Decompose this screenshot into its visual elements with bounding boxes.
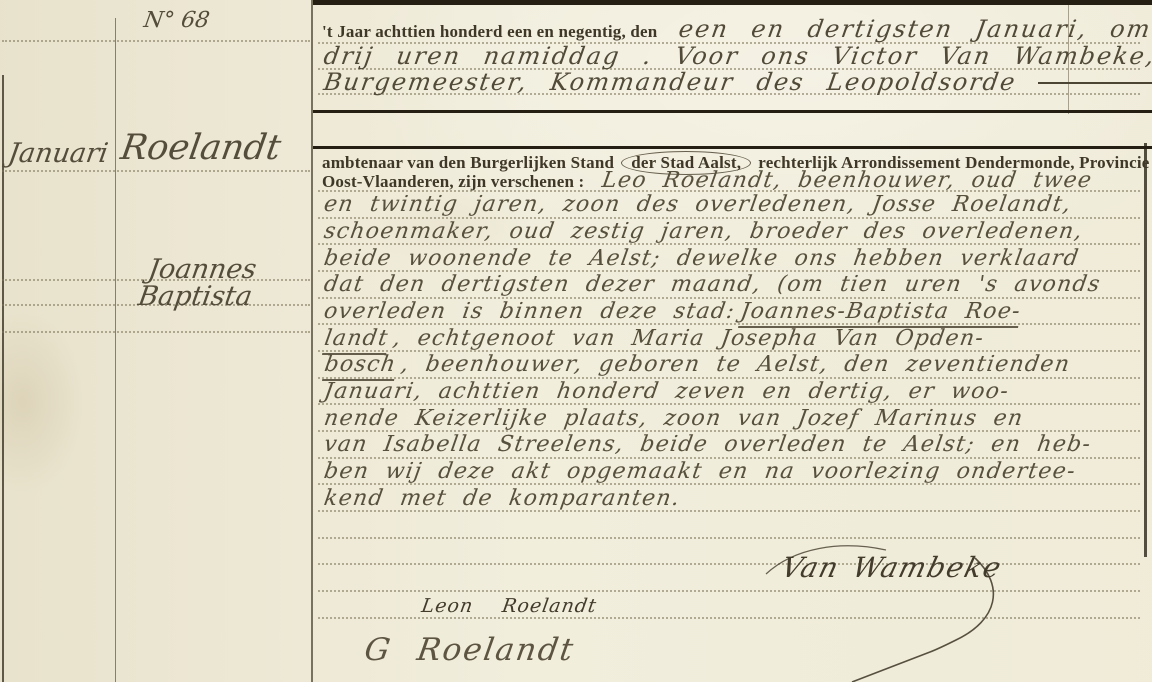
body-line-6: overleden is binnen deze stad: Joannes-B…: [322, 299, 1148, 325]
opening-line-2: drij uren namiddag . Voor ons Victor Van…: [322, 43, 1148, 69]
act-number-text: N° 68: [142, 8, 211, 33]
body-l6a-text: overleden is binnen deze stad:: [322, 299, 737, 325]
body-line-9: Januari, achttien honderd zeven en derti…: [322, 379, 1148, 405]
margin-surname: Roelandt: [118, 128, 277, 168]
body-l8b-text: , beenhouwer, geboren te Aelst, den zeve…: [399, 352, 1072, 378]
body-line-11: van Isabella Streelens, beide overleden …: [322, 432, 1148, 458]
margin-column-rule: [115, 18, 116, 682]
dotted-rule: [318, 563, 1140, 565]
body-l7b-text: , echtgenoot van Maria Josepha Van Opden…: [391, 326, 986, 352]
signature-witness-2: G Roelandt: [362, 632, 572, 668]
signature-official: Van Wambeke: [778, 551, 997, 584]
body-l1-text: Leo Roelandt, beenhouwer, oud twee: [600, 168, 1094, 194]
body-line-12: ben wij deze akt opgemaakt en na voorlez…: [322, 459, 1148, 485]
act-top-rule: [313, 0, 1152, 5]
body-line-2: en twintig jaren, zoon des overledenen, …: [322, 192, 1148, 218]
body-l10-text: nende Keizerlijke plaats, zoon van Jozef…: [322, 406, 1025, 432]
signature-official-text: Van Wambeke: [778, 551, 1006, 584]
dotted-rule: [318, 617, 1140, 619]
act-separator-rule-upper: [313, 110, 1152, 113]
hand-officer-title-text: Burgemeester, Kommandeur des Leopoldsord…: [322, 69, 1019, 95]
dotted-rule-margin: [2, 40, 310, 42]
opening-line-3: Burgemeester, Kommandeur des Leopoldsord…: [322, 69, 1148, 95]
body-line-4: beide woonende te Aelst; dewelke ons heb…: [322, 246, 1148, 272]
dotted-rule-margin: [2, 170, 310, 172]
act-separator-rule-lower: [313, 146, 1152, 149]
act-number: N° 68: [142, 8, 207, 33]
body-l6-deceased-name-text: Joannes-Baptista Roe-: [738, 299, 1023, 328]
printed-clause-2-text: Oost-Vlaanderen, zijn verschenen :: [322, 172, 584, 191]
margin-month: Januari: [6, 138, 105, 169]
hand-date-text: een en dertigsten Januari, om: [677, 16, 1152, 42]
margin-surname-text: Roelandt: [118, 128, 284, 168]
page-left-edge-rule: [2, 75, 4, 682]
printed-year-text: 't Jaar achttien honderd een en negentig…: [322, 22, 657, 41]
body-l7-name-cont-text: landt: [322, 326, 390, 355]
dotted-rule-margin: [2, 331, 310, 333]
margin-given-name-2-text: Baptista: [136, 281, 254, 312]
dotted-rule: [318, 590, 1140, 592]
body-line-1: Oost-Vlaanderen, zijn verschenen : Leo R…: [322, 168, 1148, 192]
body-l4-text: beide woonende te Aelst; dewelke ons heb…: [322, 246, 1081, 272]
body-l5-text: dat den dertigsten dezer maand, (om tien…: [322, 272, 1103, 298]
body-line-8: bosch , beenhouwer, geboren te Aelst, de…: [322, 352, 1148, 378]
body-line-7: landt , echtgenoot van Maria Josepha Van…: [322, 326, 1148, 352]
body-l2-text: en twintig jaren, zoon des overledenen, …: [322, 192, 1073, 218]
dotted-rule: [318, 537, 1140, 539]
signature-witness-1: Leon Roelandt: [420, 595, 595, 617]
body-l12-text: ben wij deze akt opgemaakt en na voorlez…: [322, 459, 1078, 485]
body-l3-text: schoenmaker, oud zestig jaren, broeder d…: [322, 219, 1085, 245]
margin-main-divider-rule: [311, 0, 313, 682]
margin-given-name-2: Baptista: [136, 281, 250, 312]
ink-filler-line: [1038, 82, 1152, 84]
signature-witness-2-text: G Roelandt: [362, 632, 577, 668]
body-line-10: nende Keizerlijke plaats, zoon van Jozef…: [322, 406, 1148, 432]
body-line-5: dat den dertigsten dezer maand, (om tien…: [322, 272, 1148, 298]
signature-witness-1-text: Leon Roelandt: [420, 595, 599, 617]
hand-time-officer-text: drij uren namiddag . Voor ons Victor Van…: [322, 43, 1152, 69]
margin-month-text: Januari: [6, 138, 110, 169]
body-l13-text: kend met de komparanten.: [322, 486, 682, 512]
register-page-scan: N° 68 Januari Roelandt Joannes Baptista …: [0, 0, 1152, 682]
body-line-13: kend met de komparanten.: [322, 486, 1148, 512]
body-line-3: schoenmaker, oud zestig jaren, broeder d…: [322, 219, 1148, 245]
body-l11-text: van Isabella Streelens, beide overleden …: [322, 432, 1093, 458]
body-l9-text: Januari, achttien honderd zeven en derti…: [322, 379, 1011, 405]
body-l8-name-cont-text: bosch: [322, 352, 398, 381]
opening-line-1: 't Jaar achttien honderd een en negentig…: [322, 16, 1148, 42]
